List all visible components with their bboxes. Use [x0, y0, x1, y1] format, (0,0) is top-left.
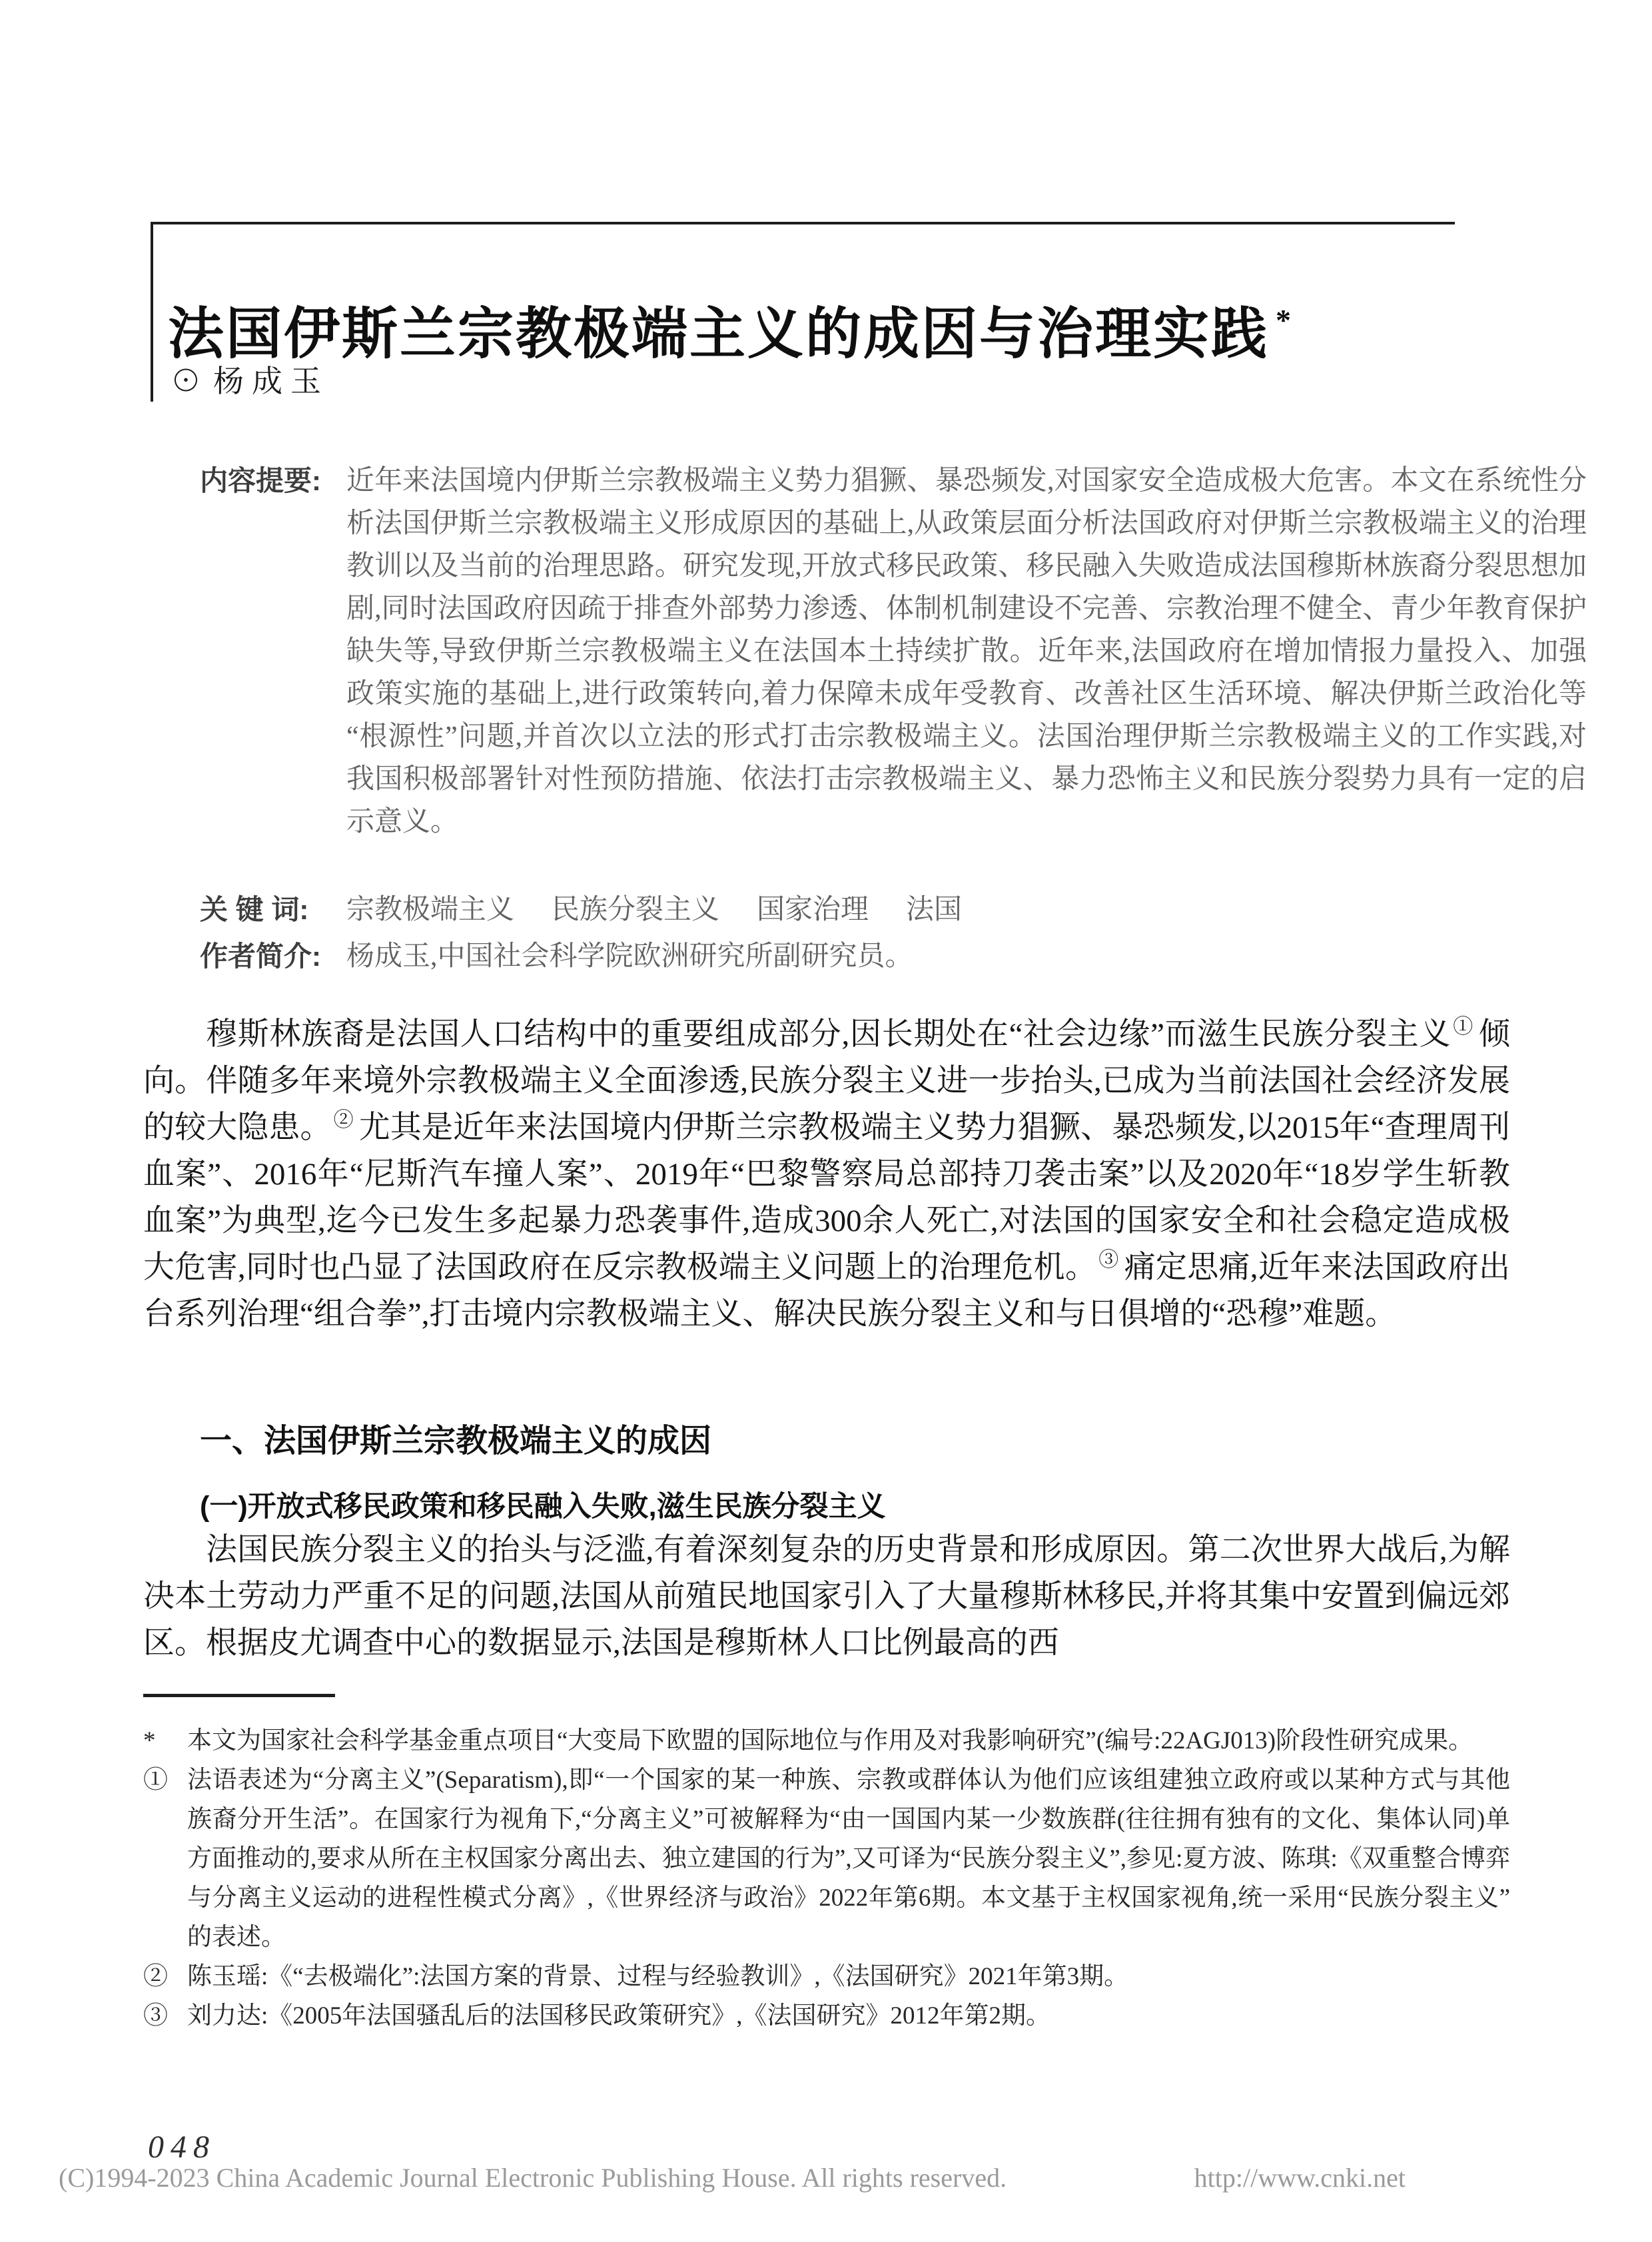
footnote-item: ② 陈玉瑶:《“去极端化”:法国方案的背景、过程与经验教训》,《法国研究》202… — [143, 1957, 1510, 1996]
abstract-label: 内容提要: — [200, 460, 321, 502]
footnote-text: 法语表述为“分离主义”(Separatism),即“一个国家的某一种族、宗教或群… — [187, 1760, 1510, 1957]
footnote-text: 刘力达:《2005年法国骚乱后的法国移民政策研究》,《法国研究》2012年第2期… — [187, 1996, 1510, 2036]
title-footnote-asterisk: * — [1276, 303, 1293, 337]
title-block-top-rule — [151, 222, 1455, 224]
footnote-text: 本文为国家社会科学基金重点项目“大变局下欧盟的国际地位与作用及对我影响研究”(编… — [187, 1721, 1510, 1760]
footnote-item: ① 法语表述为“分离主义”(Separatism),即“一个国家的某一种族、宗教… — [143, 1760, 1510, 1957]
author-bio-text: 杨成玉,中国社会科学院欧洲研究所副研究员。 — [346, 936, 1587, 976]
body-paragraph-1: 穆斯林族裔是法国人口结构中的重要组成部分,因长期处在“社会边缘”而滋生民族分裂主… — [143, 1011, 1510, 1337]
author-bio-label: 作者简介: — [200, 936, 321, 976]
footnote-marker: ③ — [143, 1996, 168, 2036]
section-1-heading: 一、法国伊斯兰宗教极端主义的成因 — [200, 1415, 711, 1461]
footnote-marker: * — [143, 1721, 156, 1760]
footnote-reference: ③ — [1096, 1249, 1124, 1271]
title-block-left-rule — [151, 222, 153, 402]
article-title-text: 法国伊斯兰宗教极端主义的成因与治理实践 — [168, 304, 1269, 366]
abstract-text: 近年来法国境内伊斯兰宗教极端主义势力猖獗、暴恐频发,对国家安全造成极大危害。本文… — [346, 460, 1587, 843]
keyword-item: 民族分裂主义 — [552, 890, 719, 930]
subsection-1-1-heading: (一)开放式移民政策和移民融入失败,滋生民族分裂主义 — [200, 1484, 886, 1525]
author-bullet-icon: ⊙ — [171, 364, 201, 398]
journal-page: 法国伊斯兰宗教极端主义的成因与治理实践* ⊙杨成玉 内容提要: 近年来法国境内伊… — [0, 0, 1652, 2242]
copyright-text: (C)1994-2023 China Academic Journal Elec… — [59, 2162, 1007, 2193]
copyright-footer: (C)1994-2023 China Academic Journal Elec… — [59, 2162, 1406, 2193]
footnote-divider-rule — [143, 1694, 335, 1697]
keyword-item: 国家治理 — [757, 890, 869, 930]
footnote-marker: ② — [143, 1957, 168, 1996]
body-paragraph-2: 法国民族分裂主义的抬头与泛滥,有着深刻复杂的历史背景和形成原因。第二次世界大战后… — [143, 1527, 1510, 1667]
keyword-item: 法国 — [906, 890, 962, 930]
keywords-row: 关 键 词: 宗教极端主义 民族分裂主义 国家治理 法国 — [200, 890, 1587, 930]
author-line: ⊙杨成玉 — [171, 357, 329, 401]
keywords-list: 宗教极端主义 民族分裂主义 国家治理 法国 — [346, 890, 1587, 930]
footnote-item: ③ 刘力达:《2005年法国骚乱后的法国移民政策研究》,《法国研究》2012年第… — [143, 1996, 1510, 2036]
page-number: 048 — [148, 2129, 216, 2165]
cnki-url: http://www.cnki.net — [1194, 2162, 1406, 2193]
author-bio-row: 作者简介: 杨成玉,中国社会科学院欧洲研究所副研究员。 — [200, 936, 1587, 976]
footnote-item: * 本文为国家社会科学基金重点项目“大变局下欧盟的国际地位与作用及对我影响研究”… — [143, 1721, 1510, 1760]
footnotes-block: * 本文为国家社会科学基金重点项目“大变局下欧盟的国际地位与作用及对我影响研究”… — [143, 1721, 1510, 2036]
abstract-block: 内容提要: 近年来法国境内伊斯兰宗教极端主义势力猖獗、暴恐频发,对国家安全造成极… — [200, 460, 1587, 843]
keywords-label: 关 键 词: — [200, 890, 308, 930]
author-name: 杨成玉 — [213, 364, 329, 398]
footnote-reference: ① — [1451, 1016, 1479, 1038]
footnote-marker: ① — [143, 1760, 168, 1800]
footnote-text: 陈玉瑶:《“去极端化”:法国方案的背景、过程与经验教训》,《法国研究》2021年… — [187, 1957, 1510, 1996]
keyword-item: 宗教极端主义 — [346, 890, 514, 930]
article-title: 法国伊斯兰宗教极端主义的成因与治理实践* — [168, 289, 1293, 370]
footnote-reference: ② — [332, 1109, 359, 1131]
